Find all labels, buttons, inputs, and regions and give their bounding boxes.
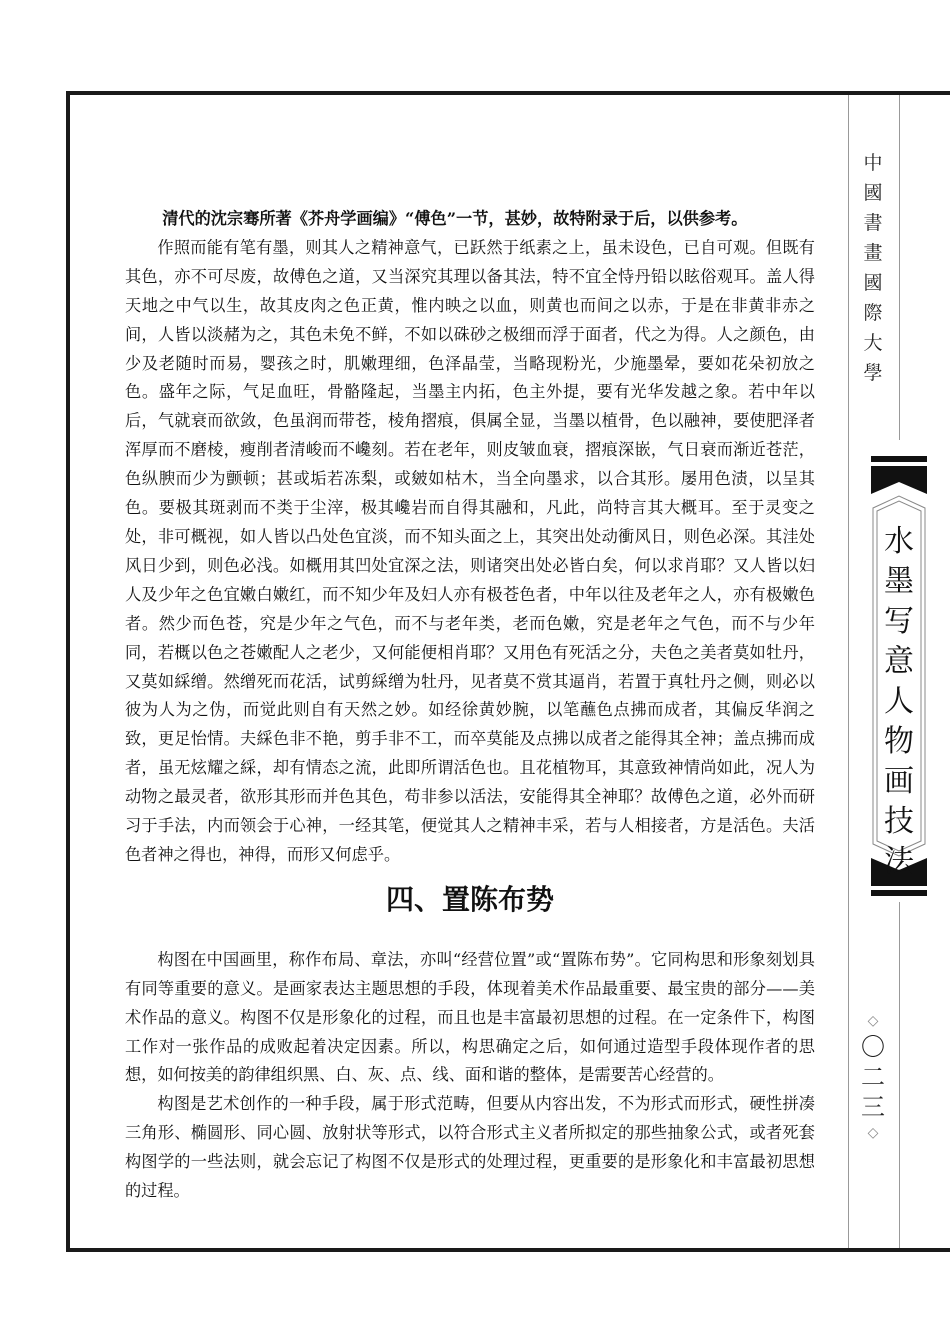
school-char: 國 (856, 268, 890, 298)
school-char: 中 (856, 148, 890, 178)
title-char: 写 (871, 602, 927, 642)
title-char: 法 (871, 842, 927, 882)
page-digit: 三 (858, 1092, 888, 1122)
title-char: 技 (871, 802, 927, 842)
title-char: 画 (871, 762, 927, 802)
diamond-icon: ◇ (858, 1122, 888, 1144)
book-title-vertical: 水 墨 写 意 人 物 画 技 法 (871, 522, 927, 882)
banner-top-bar (871, 456, 927, 462)
title-char: 人 (871, 682, 927, 722)
banner-bottom-bar (871, 890, 927, 896)
sidebar-divider-right-lower (899, 902, 900, 1248)
school-char: 際 (856, 298, 890, 328)
title-char: 物 (871, 722, 927, 762)
school-char: 大 (856, 328, 890, 358)
frame-border-top (66, 91, 950, 95)
page-number-vertical: ◇ 〇 二 三 ◇ (858, 1010, 888, 1144)
sidebar-divider-right-upper (899, 95, 900, 440)
school-char: 書 (856, 208, 890, 238)
page-digit: 二 (858, 1062, 888, 1092)
title-char: 水 (871, 522, 927, 562)
frame-border-left (66, 91, 70, 1251)
school-char: 國 (856, 178, 890, 208)
book-title-banner: 水 墨 写 意 人 物 画 技 法 (871, 456, 927, 886)
page-digit: 〇 (858, 1032, 888, 1062)
school-char: 畫 (856, 238, 890, 268)
sidebar-divider-left (848, 95, 849, 1248)
quoted-passage: 作照而能有笔有墨，则其人之精神意气，已跃然于纸素之上，虽未设色，已自可观。但既有… (125, 234, 815, 870)
school-char: 學 (856, 358, 890, 388)
page-body: 清代的沈宗骞所著《芥舟学画编》“傅色”一节，甚妙，故特附录于后，以供参考。 作照… (125, 205, 815, 1206)
frame-border-bottom (66, 1248, 950, 1252)
title-char: 墨 (871, 562, 927, 602)
school-name-vertical: 中 國 書 畫 國 際 大 學 (856, 148, 890, 388)
intro-paragraph: 清代的沈宗骞所著《芥舟学画编》“傅色”一节，甚妙，故特附录于后，以供参考。 (125, 205, 815, 234)
title-char: 意 (871, 642, 927, 682)
body-paragraph-2: 构图是艺术创作的一种手段，属于形式范畴，但要从内容出发，不为形式而形式，硬性拼凑… (125, 1090, 815, 1206)
body-paragraph-1: 构图在中国画里，称作布局、章法，亦叫“经营位置”或“置陈布势”。它同构思和形象刻… (125, 946, 815, 1091)
section-heading: 四、置陈布势 (125, 880, 815, 920)
diamond-icon: ◇ (858, 1010, 888, 1032)
